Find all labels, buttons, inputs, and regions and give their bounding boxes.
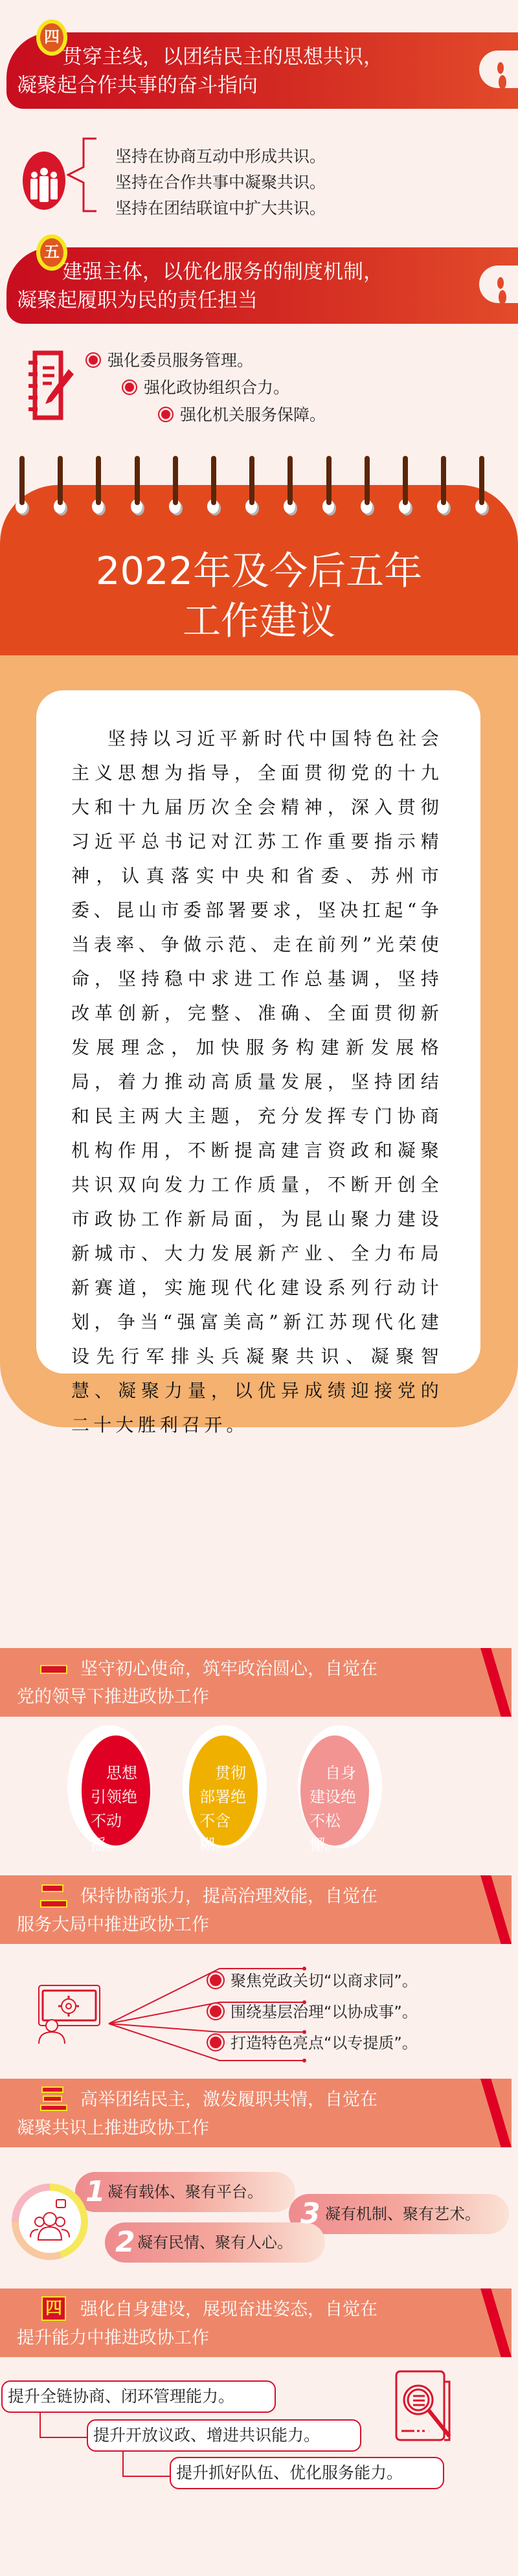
- numeral-three-icon: [43, 2096, 62, 2102]
- pill-number: 2: [115, 2222, 135, 2263]
- binder-ring-icon: [19, 456, 25, 505]
- circle-text: 自身建设绝不松懈。: [310, 1761, 368, 1857]
- circle-text: 思想引领绝不动摇。: [91, 1761, 149, 1857]
- bullet-dot-icon: [159, 408, 172, 421]
- bullet-dot-icon: [210, 2037, 221, 2048]
- section-five-title-line1: 建强主体，以优化服务的制度机制，: [62, 258, 383, 286]
- binder-ring-icon: [479, 456, 484, 505]
- list-item: 围绕基层治理“以协成事”。: [210, 2002, 418, 2022]
- list-item: 强化政协组织合力。: [123, 377, 289, 399]
- bullet-dot-icon: [123, 381, 136, 394]
- list-item: 坚持在协商互动中形成共识。: [115, 144, 326, 170]
- binder-ring-icon: [249, 456, 254, 505]
- list-item: 坚持在团结联谊中扩大共识。: [115, 196, 326, 221]
- numeral-four-icon: 四: [41, 2296, 66, 2321]
- pill-text: 凝有载体、聚有平台。: [107, 2172, 263, 2212]
- list-item: 坚持在合作共事中凝聚共识。: [115, 170, 326, 196]
- presenter-gear-icon: [36, 1984, 107, 2044]
- bullet-dot-icon: [210, 1974, 221, 1986]
- section-two-title-line1: 保持协商张力，提高治理效能，自觉在: [80, 1883, 377, 1910]
- binder-ring-icon: [96, 456, 101, 505]
- binder-ring-icon: [365, 456, 370, 505]
- capability-item: 提升全链协商、闭环管理能力。: [1, 2380, 276, 2413]
- numeral-one-icon: [40, 1665, 67, 1674]
- binder-ring-icon: [287, 456, 293, 505]
- binder-ring-icon: [173, 456, 178, 505]
- capability-item: 提升抓好队伍、优化服务能力。: [170, 2457, 444, 2489]
- numeral-two-icon: [41, 1884, 63, 1892]
- section-four-title-line1: 贯穿主线，以团结民主的思想共识，: [62, 43, 383, 71]
- notepad-pen-icon: [23, 350, 75, 421]
- list-item: 强化机关服务保障。: [159, 404, 326, 426]
- section-four-bottom-title-line1: 强化自身建设，展现奋进姿态，自觉在: [80, 2296, 377, 2323]
- binder-ring-icon: [58, 456, 63, 505]
- group-chat-icon: [12, 2184, 88, 2260]
- numeral-three-icon: [40, 2105, 67, 2111]
- calendar-body-text: 坚持以习近平新时代中国特色社会主义思想为指导，全面贯彻党的十九大和十九届历次全会…: [71, 721, 443, 1442]
- list-item: 打造特色亮点“以专提质”。: [210, 2033, 418, 2053]
- section-four-list: 坚持在协商互动中形成共识。 坚持在合作共事中凝聚共识。 坚持在团结联谊中扩大共识…: [115, 144, 326, 221]
- capability-item: 提升开放议政、增进共识能力。: [87, 2419, 361, 2452]
- binder-ring-icon: [326, 456, 332, 505]
- list-item: 聚焦党政关切“以商求同”。: [210, 1971, 418, 1991]
- section-three-title-line1: 高举团结民主，激发履职共情，自觉在: [80, 2086, 377, 2114]
- calendar-title-line1: 2022年及今后五年: [0, 546, 518, 596]
- binder-ring-icon: [135, 456, 140, 505]
- people-group-icon: [23, 152, 65, 210]
- binder-ring-icon: [211, 456, 216, 505]
- pill-text: 凝有民情、聚有人心。: [137, 2222, 293, 2263]
- binder-ring-icon: [403, 456, 408, 505]
- section-four-bottom-title-line2: 提升能力中推进政协工作: [17, 2325, 209, 2352]
- section-one-title-line2: 党的领导下推进政协工作: [17, 1684, 209, 1711]
- section-two-title-line2: 服务大局中推进政协工作: [17, 1912, 209, 1939]
- bullet-dot-icon: [210, 2005, 221, 2017]
- pill-number: 1: [85, 2172, 106, 2212]
- section-four-title-line2: 凝聚起合作共事的奋斗指向: [17, 71, 258, 100]
- section-one-title-line1: 坚守初心使命，筑牢政治圆心，自觉在: [80, 1656, 377, 1683]
- document-search-icon: [394, 2370, 458, 2443]
- pill-number: 3: [300, 2194, 321, 2234]
- list-item: 强化委员服务管理。: [87, 350, 253, 372]
- bullet-dot-icon: [87, 354, 100, 367]
- circle-text: 贯彻部署绝不含糊。: [199, 1761, 258, 1857]
- binder-ring-icon: [441, 456, 446, 505]
- numeral-three-icon: [41, 2086, 63, 2093]
- bracket-icon: [67, 137, 98, 212]
- pill-text: 凝有机制、聚有艺术。: [325, 2194, 480, 2234]
- section-three-title-line2: 凝聚共识上推进政协工作: [17, 2115, 209, 2142]
- numeral-two-icon: [40, 1900, 67, 1908]
- section-five-title-line2: 凝聚起履职为民的责任担当: [17, 286, 258, 315]
- calendar-title-line2: 工作建议: [0, 596, 518, 646]
